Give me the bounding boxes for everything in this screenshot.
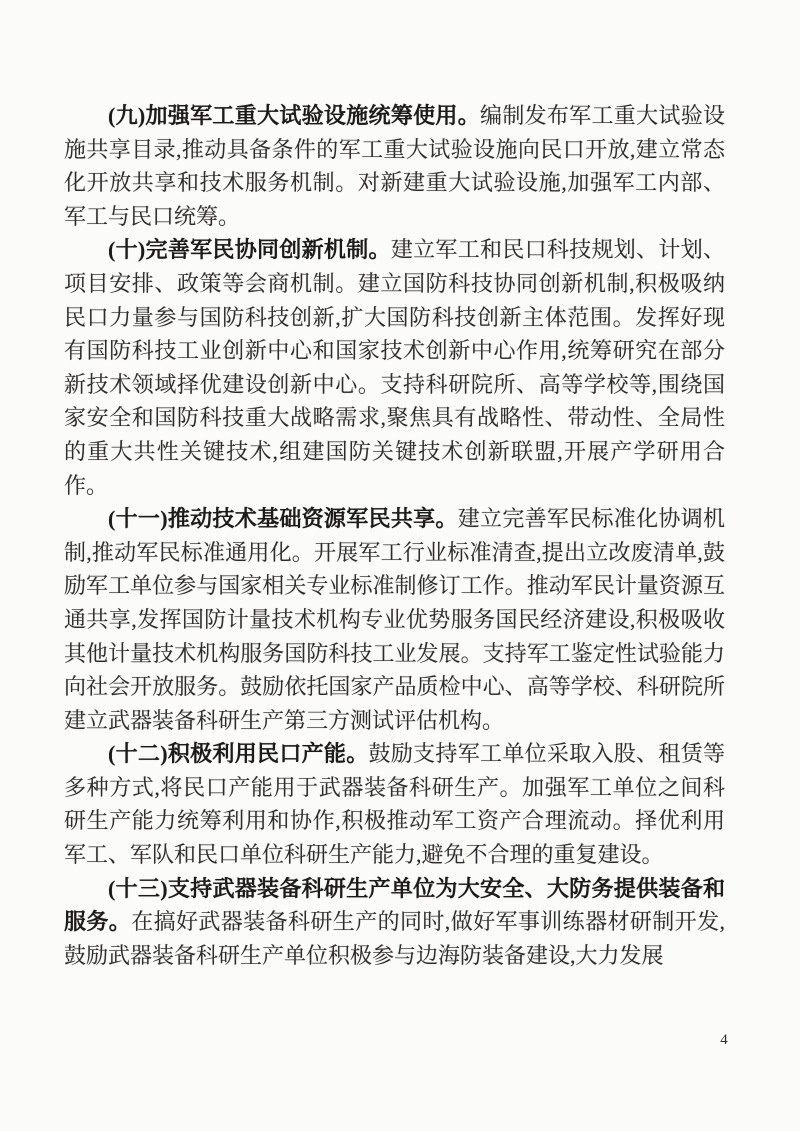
document-page: (九)加强军工重大试验设施统筹使用。编制发布军工重大试验设施共享目录,推动具备条…	[0, 0, 800, 1131]
paragraph-12-heading: (十二)积极利用民口产能。	[108, 741, 369, 766]
paragraph-10-heading: (十)完善军民协同创新机制。	[108, 237, 391, 262]
paragraph-13-body: 在搞好武器装备科研生产的同时,做好军事训练器材研制开发,鼓励武器装备科研生产单位…	[64, 909, 725, 968]
paragraph-10-body: 建立军工和民口科技规划、计划、项目安排、政策等会商机制。建立国防科技协同创新机制…	[64, 237, 725, 497]
paragraph-11-heading: (十一)推动技术基础资源军民共享。	[108, 506, 458, 531]
paragraph-item-9: (九)加强军工重大试验设施统筹使用。编制发布军工重大试验设施共享目录,推动具备条…	[64, 99, 725, 233]
paragraph-item-10: (十)完善军民协同创新机制。建立军工和民口科技规划、计划、项目安排、政策等会商机…	[64, 233, 725, 502]
paragraph-item-13: (十三)支持武器装备科研生产单位为大安全、大防务提供装备和服务。在搞好武器装备科…	[64, 872, 725, 973]
paragraph-item-12: (十二)积极利用民口产能。鼓励支持军工单位采取入股、租赁等多种方式,将民口产能用…	[64, 737, 725, 871]
paragraph-11-body: 建立完善军民标准化协调机制,推动军民标准通用化。开展军工行业标准清查,提出立改废…	[64, 506, 725, 733]
paragraph-9-heading: (九)加强军工重大试验设施统筹使用。	[108, 103, 480, 128]
document-body: (九)加强军工重大试验设施统筹使用。编制发布军工重大试验设施共享目录,推动具备条…	[64, 99, 725, 972]
page-number: 4	[712, 1029, 736, 1051]
paragraph-item-11: (十一)推动技术基础资源军民共享。建立完善军民标准化协调机制,推动军民标准通用化…	[64, 502, 725, 737]
